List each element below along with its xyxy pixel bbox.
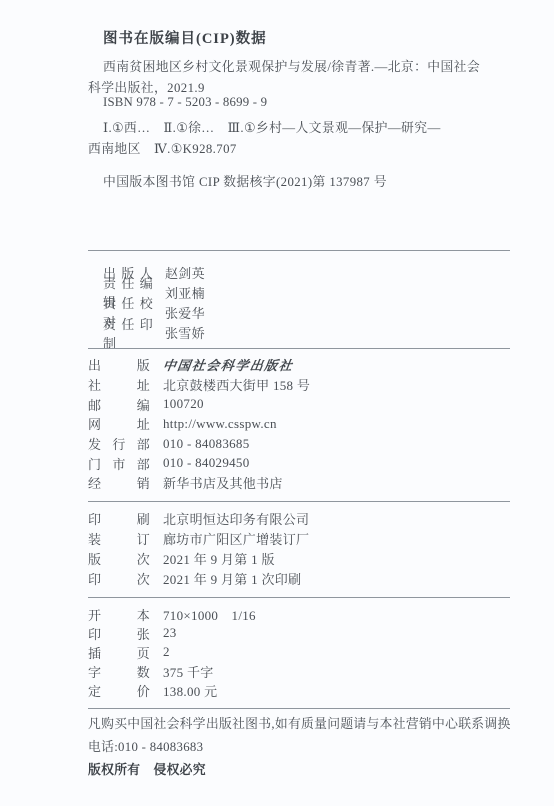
info-row: 经销 新华书店及其他书店 xyxy=(88,473,310,493)
row-label: 网址 xyxy=(88,414,150,433)
row-value: 2021 年 9 月第 1 次印刷 xyxy=(163,569,301,588)
row-value: 138.00 元 xyxy=(163,681,217,700)
row-label: 邮编 xyxy=(88,395,150,414)
staff-section: 出版人 赵剑英 责任编辑 刘亚楠 责任校对 张爱华 责任印制 张雪娇 xyxy=(103,262,205,343)
section-divider-4 xyxy=(88,597,510,598)
row-value: 100720 xyxy=(163,396,204,412)
printing-section: 印刷 北京明恒达印务有限公司 装订 廊坊市广阳区广增装订厂 版次 2021 年 … xyxy=(88,508,309,588)
section-divider-2 xyxy=(88,348,510,349)
row-label: 出版 xyxy=(88,355,150,374)
row-label: 社址 xyxy=(88,375,150,394)
row-value: 北京明恒达印务有限公司 xyxy=(163,509,309,528)
row-value: 新华书店及其他书店 xyxy=(163,473,283,492)
cip-title-line2: 科学出版社，2021.9 xyxy=(88,77,205,96)
row-label: 印张 xyxy=(88,624,150,643)
row-label: 发行部 xyxy=(88,434,150,453)
row-value: 23 xyxy=(163,625,177,641)
row-label: 定价 xyxy=(88,681,150,700)
cip-record-line: 中国版本图书馆 CIP 数据核字(2021)第 137987 号 xyxy=(103,171,387,190)
row-value: 375 千字 xyxy=(163,662,214,681)
row-value: 010 - 84029450 xyxy=(163,455,250,471)
copyright-notice: 版权所有 侵权必究 xyxy=(88,757,511,780)
footer-section: 凡购买中国社会科学出版社图书,如有质量问题请与本社营销中心联系调换 电话:010… xyxy=(88,711,511,780)
row-label: 印刷 xyxy=(88,509,150,528)
format-section: 开本 710×1000 1/16 印张 23 插页 2 字数 375 千字 定价… xyxy=(88,605,256,699)
publisher-section: 出版 中国社会科学出版社 社址 北京鼓楼西大街甲 158 号 邮编 100720… xyxy=(88,355,310,493)
info-row: 出版 中国社会科学出版社 xyxy=(88,355,310,375)
cip-heading: 图书在版编目(CIP)数据 xyxy=(103,27,267,48)
row-label: 印次 xyxy=(88,569,150,588)
classification-line2: 西南地区 Ⅳ.①K928.707 xyxy=(88,138,237,157)
info-row: 印张 23 xyxy=(88,624,256,643)
info-row: 社址 北京鼓楼西大街甲 158 号 xyxy=(88,375,310,395)
row-label: 责任印制 xyxy=(103,314,153,352)
classification-line1: Ⅰ.①西… Ⅱ.①徐… Ⅲ.①乡村—人文景观—保护—研究— xyxy=(103,117,441,136)
row-value: 710×1000 1/16 xyxy=(163,605,256,624)
row-value: 2021 年 9 月第 1 版 xyxy=(163,549,275,568)
section-divider-5 xyxy=(88,708,510,709)
row-label: 门市部 xyxy=(88,454,150,473)
section-divider-3 xyxy=(88,501,510,502)
info-row: 印刷 北京明恒达印务有限公司 xyxy=(88,508,309,528)
row-label: 装订 xyxy=(88,529,150,548)
row-value: 张雪娇 xyxy=(165,323,205,342)
info-row: 插页 2 xyxy=(88,643,256,662)
info-row: 版次 2021 年 9 月第 1 版 xyxy=(88,548,309,568)
row-label: 插页 xyxy=(88,643,150,662)
contact-phone: 电话:010 - 84083683 xyxy=(88,734,511,757)
row-value: 刘亚楠 xyxy=(165,283,205,302)
info-row: 发行部 010 - 84083685 xyxy=(88,434,310,454)
publisher-logotype: 中国社会科学出版社 xyxy=(162,355,295,374)
info-row: 装订 廊坊市广阳区广增装订厂 xyxy=(88,528,309,548)
cip-title-line1: 西南贫困地区乡村文化景观保护与发展/徐青著.—北京：中国社会 xyxy=(103,56,480,75)
info-row: 开本 710×1000 1/16 xyxy=(88,605,256,624)
row-label: 版次 xyxy=(88,549,150,568)
info-row: 责任印制 张雪娇 xyxy=(103,323,205,343)
row-value: 廊坊市广阳区广增装订厂 xyxy=(163,529,309,548)
section-divider-1 xyxy=(88,250,510,251)
row-value: 北京鼓楼西大街甲 158 号 xyxy=(163,375,310,394)
row-value: 张爱华 xyxy=(165,303,205,322)
row-label: 字数 xyxy=(88,662,150,681)
row-label: 开本 xyxy=(88,605,150,624)
info-row: 印次 2021 年 9 月第 1 次印刷 xyxy=(88,568,309,588)
row-value: 010 - 84083685 xyxy=(163,436,250,452)
isbn-line: ISBN 978 - 7 - 5203 - 8699 - 9 xyxy=(103,95,267,110)
row-value: 赵剑英 xyxy=(165,263,205,282)
info-row: 字数 375 千字 xyxy=(88,662,256,681)
info-row: 网址 http://www.csspw.cn xyxy=(88,414,310,434)
website-url: http://www.csspw.cn xyxy=(163,416,277,432)
row-value: 2 xyxy=(163,644,170,660)
info-row: 门市部 010 - 84029450 xyxy=(88,453,310,473)
quality-notice: 凡购买中国社会科学出版社图书,如有质量问题请与本社营销中心联系调换 xyxy=(88,711,511,734)
info-row: 定价 138.00 元 xyxy=(88,681,256,700)
row-label: 经销 xyxy=(88,473,150,492)
info-row: 邮编 100720 xyxy=(88,394,310,414)
book-copyright-page: 图书在版编目(CIP)数据 西南贫困地区乡村文化景观保护与发展/徐青著.—北京：… xyxy=(0,0,554,806)
